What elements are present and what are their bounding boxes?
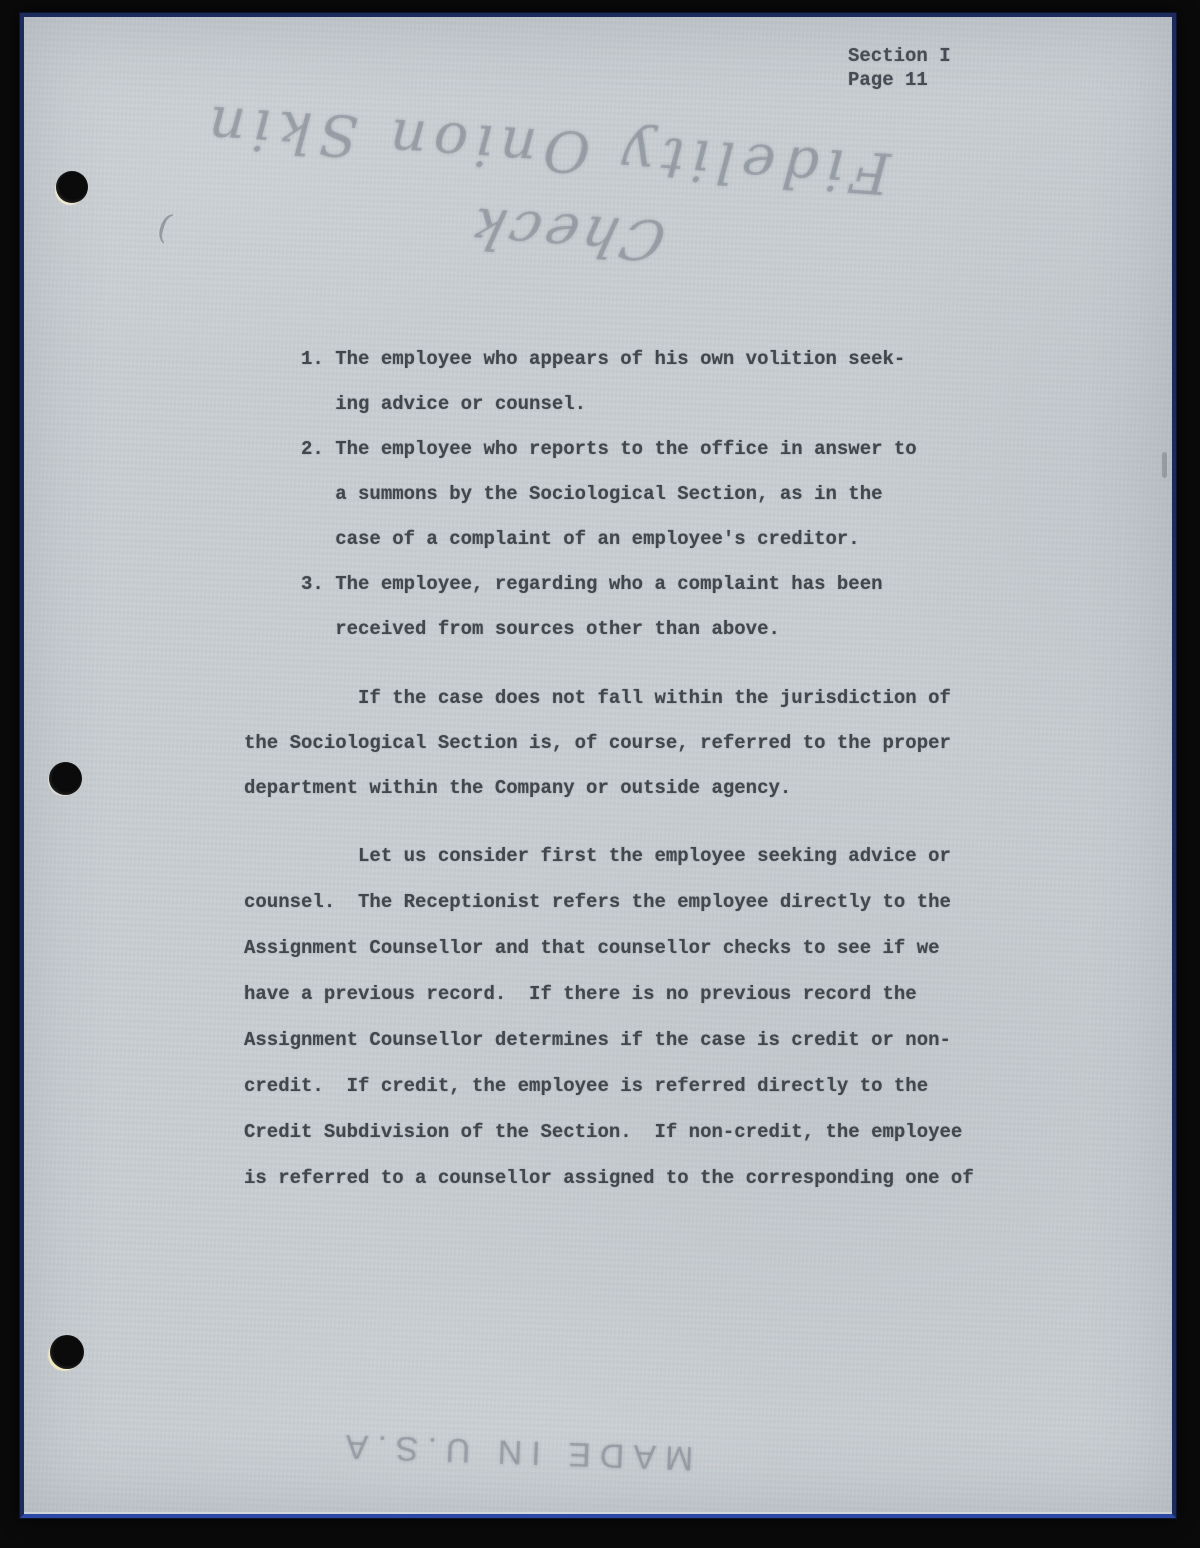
typed-line: case of a complaint of an employee's cre… <box>244 528 860 551</box>
typed-line: 1. The employee who appears of his own v… <box>244 348 905 371</box>
watermark-check-script: Check <box>163 167 970 299</box>
typed-line: Assignment Counsellor determines if the … <box>244 1029 951 1052</box>
punch-hole-bottom <box>50 1335 84 1369</box>
watermark-fidelity-onion-skin: Fidelity Onion Skin <box>149 79 943 220</box>
typed-line: counsel. The Receptionist refers the emp… <box>244 891 951 914</box>
typed-line: department within the Company or outside… <box>244 777 791 800</box>
typed-line: Credit Subdivision of the Section. If no… <box>244 1121 962 1144</box>
punch-hole-top <box>56 171 88 203</box>
typed-line: Let us consider first the employee seeki… <box>244 845 951 868</box>
pencil-mark: ( <box>152 206 177 248</box>
watermark-made-in-usa: MADE IN U.S.A <box>299 1425 730 1479</box>
page-number-label: Page 11 <box>848 69 928 92</box>
typed-line: Assignment Counsellor and that counsello… <box>244 937 940 960</box>
typed-line: a summons by the Sociological Section, a… <box>244 483 883 506</box>
typed-line: received from sources other than above. <box>244 618 780 641</box>
paper-sheet: Check Fidelity Onion Skin ( Section I Pa… <box>20 13 1176 1518</box>
typed-line: is referred to a counsellor assigned to … <box>244 1167 974 1190</box>
typed-line: If the case does not fall within the jur… <box>244 687 951 710</box>
typed-line: ing advice or counsel. <box>244 393 586 416</box>
typed-line: 2. The employee who reports to the offic… <box>244 438 917 461</box>
punch-hole-middle <box>49 762 82 795</box>
typed-line: have a previous record. If there is no p… <box>244 983 917 1006</box>
section-label: Section I <box>848 45 951 68</box>
typed-line: the Sociological Section is, of course, … <box>244 732 951 755</box>
typed-line: credit. If credit, the employee is refer… <box>244 1075 928 1098</box>
typed-line: 3. The employee, regarding who a complai… <box>244 573 883 596</box>
right-edge-smudge <box>1162 452 1167 478</box>
onion-skin-watermark: Check Fidelity Onion Skin <box>143 28 946 298</box>
